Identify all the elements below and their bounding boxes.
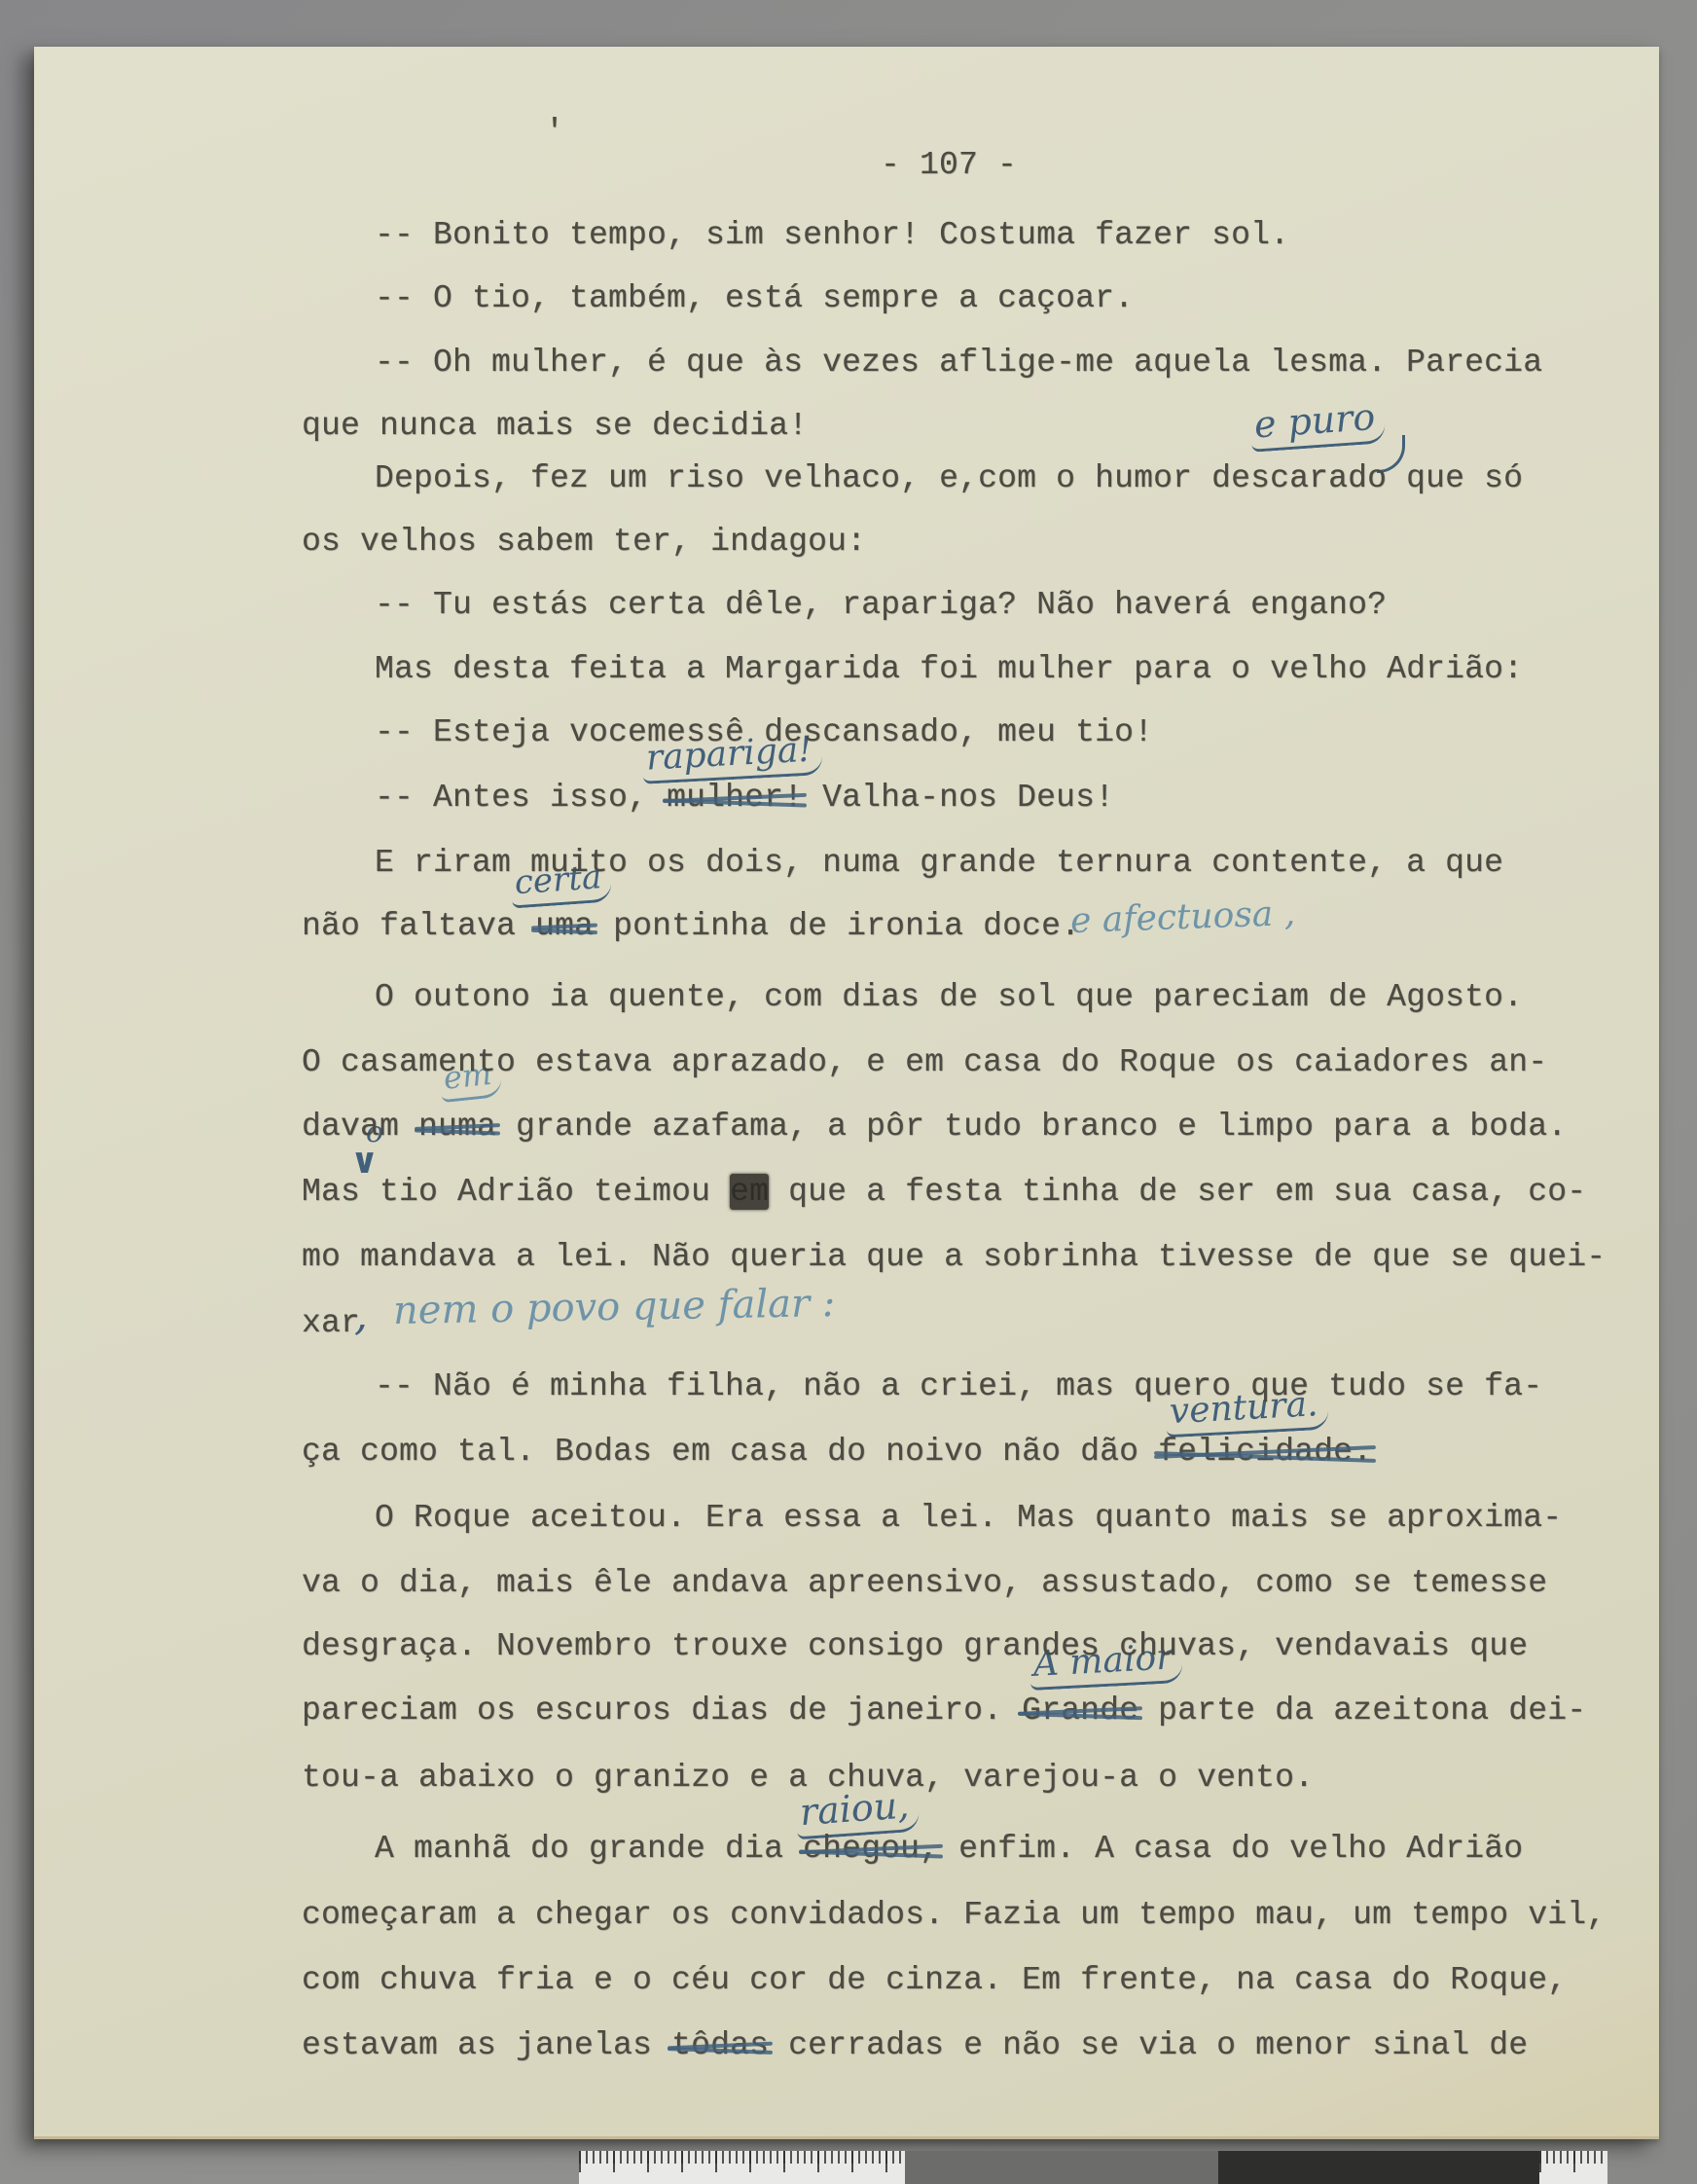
handwritten-annotation: nem o povo que falar : [393, 1281, 836, 1333]
black-patch [1218, 2151, 1539, 2184]
typescript-line: estavam as janelas tôdas cerradas e não … [302, 2026, 1528, 2065]
typed-text: O outono ia quente, com dias de sol que … [375, 979, 1523, 1015]
typescript-line: desgraça. Novembro trouxe consigo grande… [302, 1627, 1528, 1666]
ruler-ticks-major [579, 2151, 905, 2172]
typed-text: xar [302, 1305, 360, 1341]
typescript-line: -- Antes isso, mulher! Valha-nos Deus! [375, 779, 1114, 818]
typescript-line: -- Oh mulher, é que às vezes aflige-me a… [375, 344, 1542, 382]
pen-struck-word: uma [535, 907, 594, 946]
typed-text: davam [302, 1109, 418, 1145]
typed-text: ' [545, 114, 564, 150]
typescript-line: A manhã do grande dia chegou, enfim. A c… [375, 1830, 1523, 1869]
ruler-white-left [579, 2151, 905, 2184]
typed-text: O casamento estava aprazado, e em casa d… [302, 1044, 1547, 1080]
handwritten-annotation: e puro [1248, 394, 1387, 453]
pen-struck-word: numa [418, 1108, 496, 1147]
typescript-line: com chuva fria e o céu cor de cinza. Em … [302, 1961, 1567, 2000]
typed-text: Mas tio Adrião teimou [302, 1174, 730, 1210]
typescript-line: começaram a chegar os convidados. Fazia … [302, 1896, 1606, 1935]
handwritten-annotation: e afectuosa , [1069, 893, 1295, 941]
typed-text: -- Oh mulher, é que às vezes aflige-me a… [375, 345, 1542, 381]
page-number-heading: - 107 - [881, 146, 1017, 185]
typescript-line: xar [302, 1304, 360, 1343]
typed-text: -- Não é minha filha, não a criei, mas q… [375, 1368, 1542, 1404]
typed-text: os velhos sabem ter, indagou: [302, 524, 866, 560]
typed-text: tou-a abaixo o granizo e a chuva, varejo… [302, 1760, 1314, 1796]
typed-overstrike-word: em [730, 1174, 769, 1210]
typescript-line: O outono ia quente, com dias de sol que … [375, 978, 1523, 1017]
typed-text: com chuva fria e o céu cor de cinza. Em … [302, 1962, 1567, 1998]
typescript-line: que nunca mais se decidia! [302, 407, 808, 446]
typed-text: -- Esteja vocemessê descansado, meu tio! [375, 714, 1153, 750]
typescript-line: O casamento estava aprazado, e em casa d… [302, 1043, 1547, 1082]
typed-text: Depois, fez um riso velhaco, e,com o hum… [375, 460, 1523, 496]
pen-struck-word: tôdas [671, 2026, 769, 2065]
typescript-line: tou-a abaixo o granizo e a chuva, varejo… [302, 1759, 1314, 1798]
typescript-line: Mas tio Adrião teimou em que a festa tin… [302, 1173, 1586, 1212]
ruler-ticks-major [1539, 2151, 1607, 2172]
typed-text: grande azafama, a pôr tudo branco e limp… [496, 1109, 1567, 1145]
ruler-white-right [1539, 2151, 1607, 2184]
typed-text: começaram a chegar os convidados. Fazia … [302, 1897, 1606, 1933]
typescript-line: Mas desta feita a Margarida foi mulher p… [375, 650, 1523, 689]
typed-text: parte da azeitona dei- [1138, 1693, 1586, 1729]
typescript-line: não faltava uma pontinha de ironia doce. [302, 907, 1080, 946]
typed-text: - 107 - [881, 147, 1017, 183]
typescript-line: -- Esteja vocemessê descansado, meu tio! [375, 713, 1153, 752]
typed-text: mo mandava a lei. Não queria que a sobri… [302, 1239, 1606, 1275]
typescript-line: -- Bonito tempo, sim senhor! Costuma faz… [375, 216, 1289, 255]
typed-text: O Roque aceitou. Era essa a lei. Mas qua… [375, 1500, 1562, 1536]
typescript-line: -- Não é minha filha, não a criei, mas q… [375, 1367, 1542, 1406]
typescript-line: -- O tio, também, está sempre a caçoar. [375, 279, 1134, 318]
typescript-line: -- Tu estás certa dêle, rapariga? Não ha… [375, 586, 1387, 625]
typed-text: que a festa tinha de ser em sua casa, co… [769, 1174, 1586, 1210]
typed-text: Valha-nos Deus! [803, 780, 1114, 816]
pen-struck-word: mulher! [667, 779, 803, 818]
typescript-line: E riram muito os dois, numa grande ternu… [375, 844, 1503, 883]
typed-text: E riram muito os dois, numa grande ternu… [375, 845, 1503, 881]
typed-text: pontinha de ironia doce. [594, 908, 1080, 944]
typed-text: A manhã do grande dia [375, 1831, 803, 1867]
typescript-line: davam numa grande azafama, a pôr tudo br… [302, 1108, 1567, 1147]
typed-text: estavam as janelas [302, 2027, 671, 2063]
typescript-line: va o dia, mais êle andava apreensivo, as… [302, 1564, 1547, 1603]
typed-text: ça como tal. Bodas em casa do noivo não … [302, 1434, 1158, 1470]
typed-text: que nunca mais se decidia! [302, 408, 808, 444]
typescript-line: pareciam os escuros dias de janeiro. Gra… [302, 1692, 1586, 1730]
scanned-typescript-photo: { "colors":{ "background":"#8d8d8b", "pa… [0, 0, 1697, 2184]
typescript-line: os velhos sabem ter, indagou: [302, 523, 866, 562]
pen-struck-word: felicidade. [1158, 1433, 1372, 1472]
typed-text: -- Bonito tempo, sim senhor! Costuma faz… [375, 217, 1289, 253]
gray-patch [905, 2151, 1218, 2184]
typescript-line: O Roque aceitou. Era essa a lei. Mas qua… [375, 1499, 1562, 1538]
typed-text: va o dia, mais êle andava apreensivo, as… [302, 1565, 1547, 1601]
typed-text: enfim. A casa do velho Adrião [939, 1831, 1523, 1867]
typescript-line: ça como tal. Bodas em casa do noivo não … [302, 1433, 1372, 1472]
typescript-line: mo mandava a lei. Não queria que a sobri… [302, 1238, 1606, 1277]
pen-struck-word: chegou, [803, 1830, 939, 1869]
typed-text: desgraça. Novembro trouxe consigo grande… [302, 1628, 1528, 1664]
pen-struck-word: Grande [1022, 1692, 1138, 1730]
stray-apostrophe-mark: ' [545, 113, 564, 152]
typed-text: pareciam os escuros dias de janeiro. [302, 1693, 1022, 1729]
typed-text: não faltava [302, 908, 535, 944]
typed-text: Mas desta feita a Margarida foi mulher p… [375, 651, 1523, 687]
typed-text: -- Antes isso, [375, 780, 667, 816]
typed-text: cerradas e não se via o menor sinal de [769, 2027, 1528, 2063]
typed-text: -- Tu estás certa dêle, rapariga? Não ha… [375, 587, 1387, 623]
typescript-line: Depois, fez um riso velhaco, e,com o hum… [375, 459, 1523, 498]
typed-text: -- O tio, também, está sempre a caçoar. [375, 280, 1134, 316]
